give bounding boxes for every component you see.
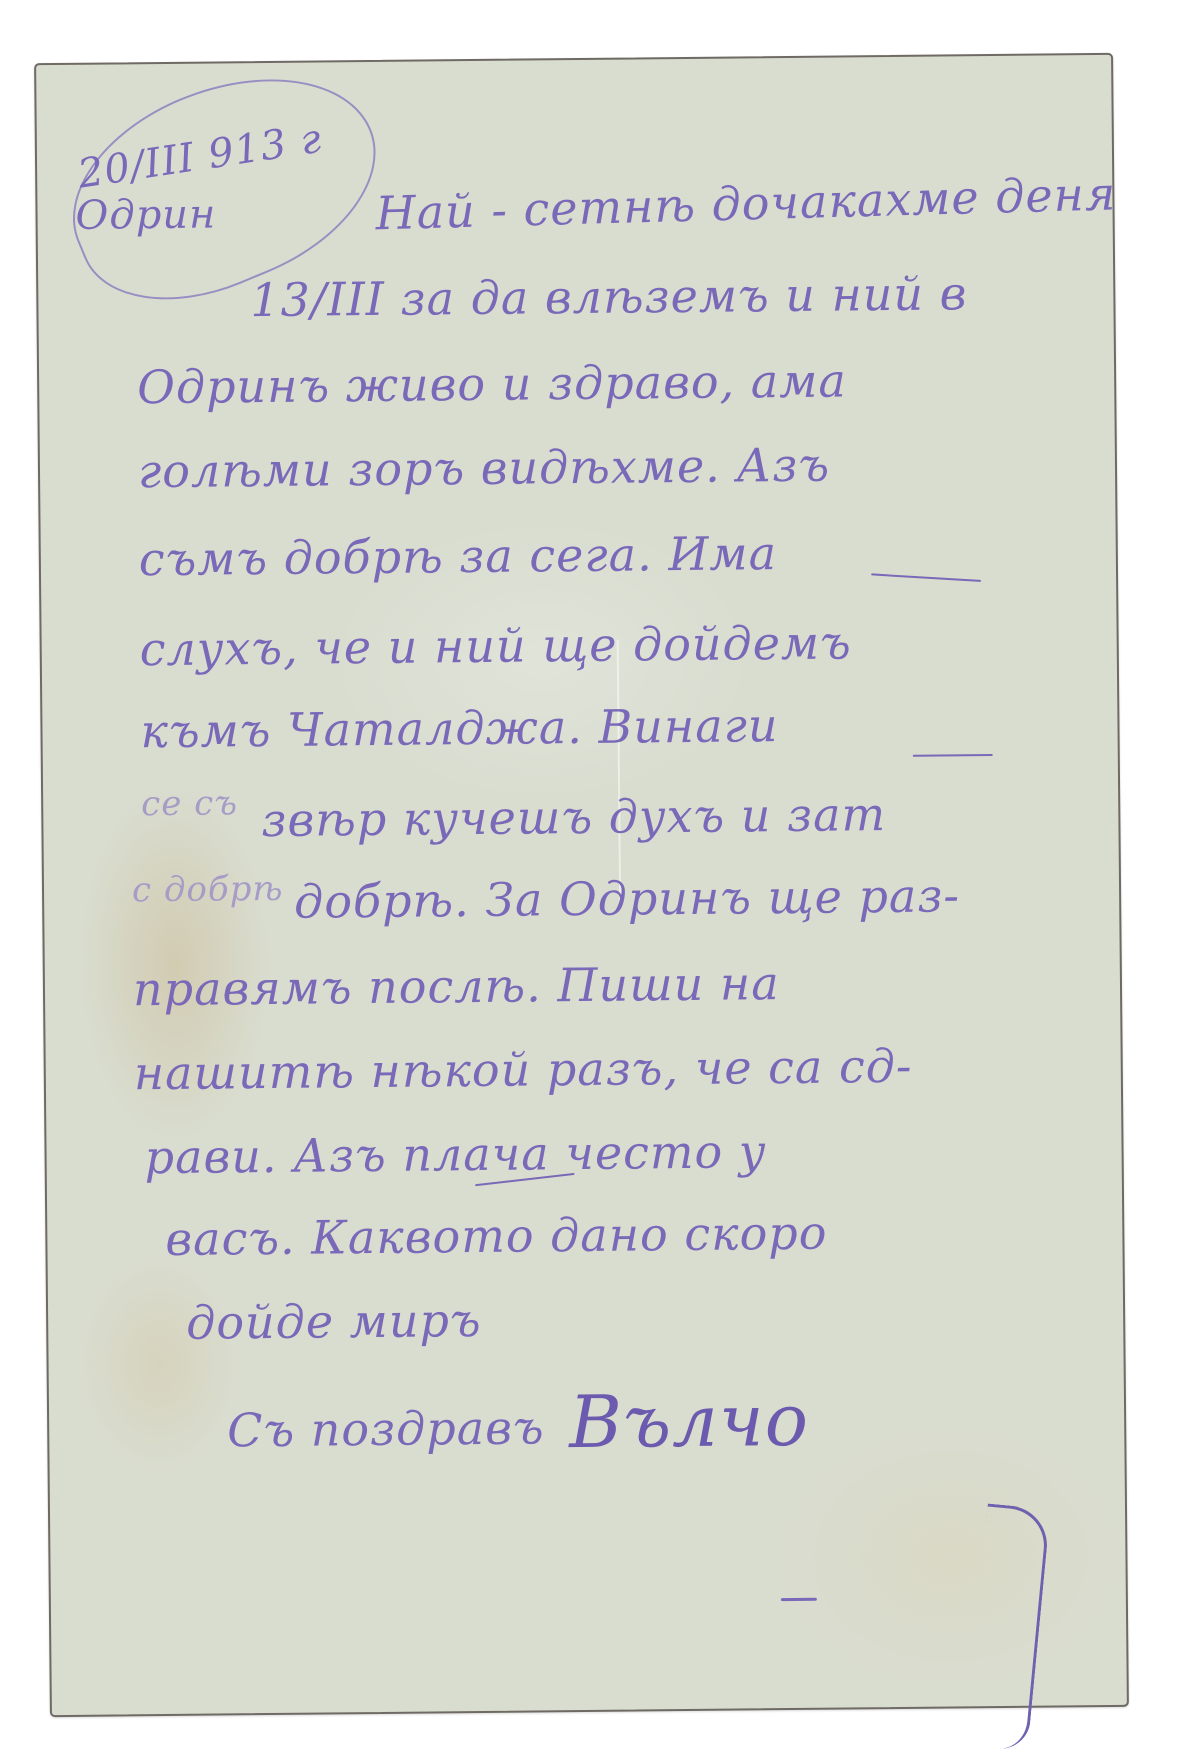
postcard: 20/III 913 г Одрин Най - сетнѣ дочакахме…	[34, 53, 1129, 1717]
signature-dash	[781, 1598, 817, 1601]
signature-flourish	[965, 1504, 1051, 1752]
line-11: нашитѣ нѣкой разъ, че са сд-	[134, 1039, 913, 1100]
line-10: правямъ послѣ. Пиши на	[133, 956, 780, 1016]
line-13: васъ. Каквото дано скоро	[165, 1206, 828, 1266]
line-14: дойде миръ	[186, 1293, 482, 1350]
line-7: къмъ Чаталджа. Винаги	[140, 698, 779, 758]
line-4: голѣми зоръ видѣхме. Азъ	[138, 438, 830, 499]
line-2: 13/III за да влѣземъ и ний в	[250, 266, 968, 327]
line-8: звѣр кучешъ духъ и зат	[261, 787, 886, 847]
line-6: слухъ, че и ний ще дойдемъ	[139, 615, 852, 676]
line-12: рави. Азъ плача често у	[144, 1124, 766, 1184]
flourish-under-ima	[871, 573, 981, 582]
place: Одрин	[75, 191, 216, 238]
line-1: Най - сетнѣ дочакахме деня	[375, 166, 1117, 240]
line-5: съмъ добрѣ за сега. Има	[139, 526, 778, 586]
line-3: Одринъ живо и здраво, ама	[137, 353, 847, 414]
fold-crease	[617, 640, 621, 900]
closing: Съ поздравъ	[227, 1400, 545, 1457]
flourish-after-vinagi	[913, 754, 993, 757]
margin-note-2: с добрѣ	[132, 869, 284, 910]
signature: Вълчо	[569, 1378, 810, 1464]
line-9: добрѣ. За Одринъ ще раз-	[294, 868, 960, 928]
margin-note-1: се съ	[141, 783, 238, 824]
